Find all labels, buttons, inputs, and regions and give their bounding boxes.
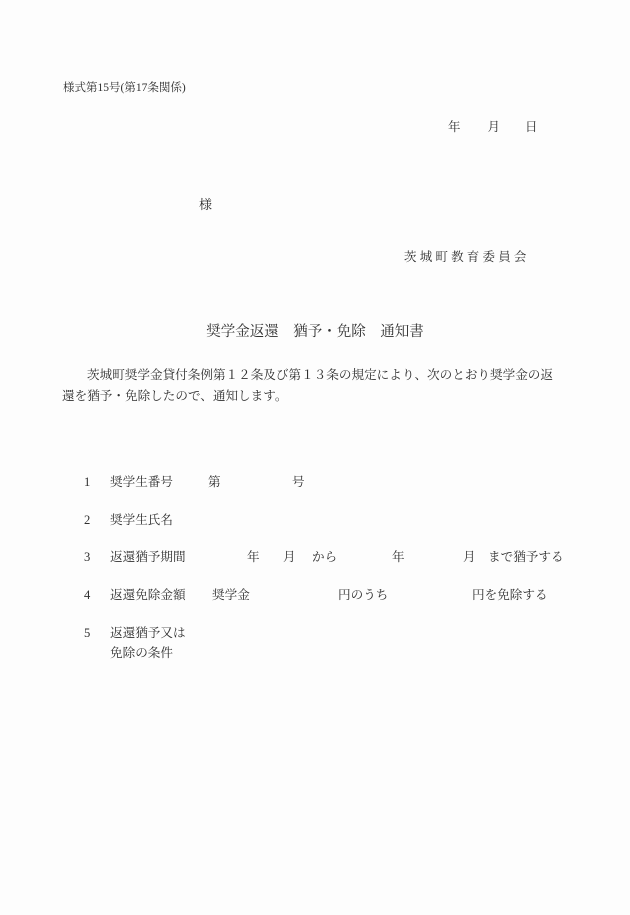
date-year-label: 年 [448, 120, 461, 134]
item-2-number: 2 [84, 513, 90, 528]
addressee-honorific: 様 [199, 197, 212, 213]
issuer-name: 茨城町教育委員会 [404, 250, 530, 265]
item-1-label: 奨学生番号 [110, 475, 173, 490]
date-line: 年月日 [448, 120, 538, 135]
document-page: 様式第15号(第17条関係) 年月日 様 茨城町教育委員会 奨学金返還 猶予・免… [0, 0, 630, 915]
item-3-year-to-label: 年 [392, 550, 405, 565]
item-4-scholarship-label: 奨学金 [212, 588, 250, 603]
document-title: 奨学金返還 猶予・免除 通知書 [0, 324, 630, 341]
item-3-row: 3 返還猶予期間 年 月 から 年 月 まで猶予する [0, 550, 630, 568]
item-5-row-line-2: 免除の条件 [0, 646, 630, 664]
form-number: 様式第15号(第17条関係) [63, 82, 186, 96]
item-5-number: 5 [84, 626, 90, 641]
item-4-yen-of-label: 円のうち [338, 588, 388, 603]
body-line-2: 還を猶予・免除したので、通知します。 [62, 386, 553, 407]
item-4-number: 4 [84, 588, 90, 603]
item-5-label-line-1: 返還猶予又は [110, 626, 186, 641]
item-3-month-from-label: 月 [283, 550, 296, 565]
item-4-label: 返還免除金額 [110, 588, 186, 603]
item-4-row: 4 返還免除金額 奨学金 円のうち 円を免除する [0, 588, 630, 606]
item-1-number-suffix: 号 [292, 475, 305, 490]
item-5-label-line-2: 免除の条件 [110, 646, 173, 661]
item-2-label: 奨学生氏名 [110, 513, 173, 528]
item-1-number-prefix: 第 [208, 475, 221, 490]
item-1-row: 1 奨学生番号 第 号 [0, 475, 630, 493]
body-line-1: 茨城町奨学金貸付条例第１２条及び第１３条の規定により、次のとおり奨学金の返 [62, 365, 553, 386]
item-3-label: 返還猶予期間 [110, 550, 186, 565]
item-3-month-to-label: 月 [463, 550, 476, 565]
body-paragraph: 茨城町奨学金貸付条例第１２条及び第１３条の規定により、次のとおり奨学金の返 還を… [62, 365, 553, 406]
item-3-year-from-label: 年 [247, 550, 260, 565]
item-5-row: 5 返還猶予又は [0, 626, 630, 644]
item-4-yen-exempt-label: 円を免除する [472, 588, 548, 603]
item-3-until-word: まで猶予する [488, 550, 564, 565]
item-2-row: 2 奨学生氏名 [0, 513, 630, 531]
date-month-label: 月 [488, 120, 501, 134]
item-1-number: 1 [84, 475, 90, 490]
item-3-from-word: から [312, 550, 337, 565]
date-day-label: 日 [525, 120, 538, 134]
item-3-number: 3 [84, 550, 90, 565]
